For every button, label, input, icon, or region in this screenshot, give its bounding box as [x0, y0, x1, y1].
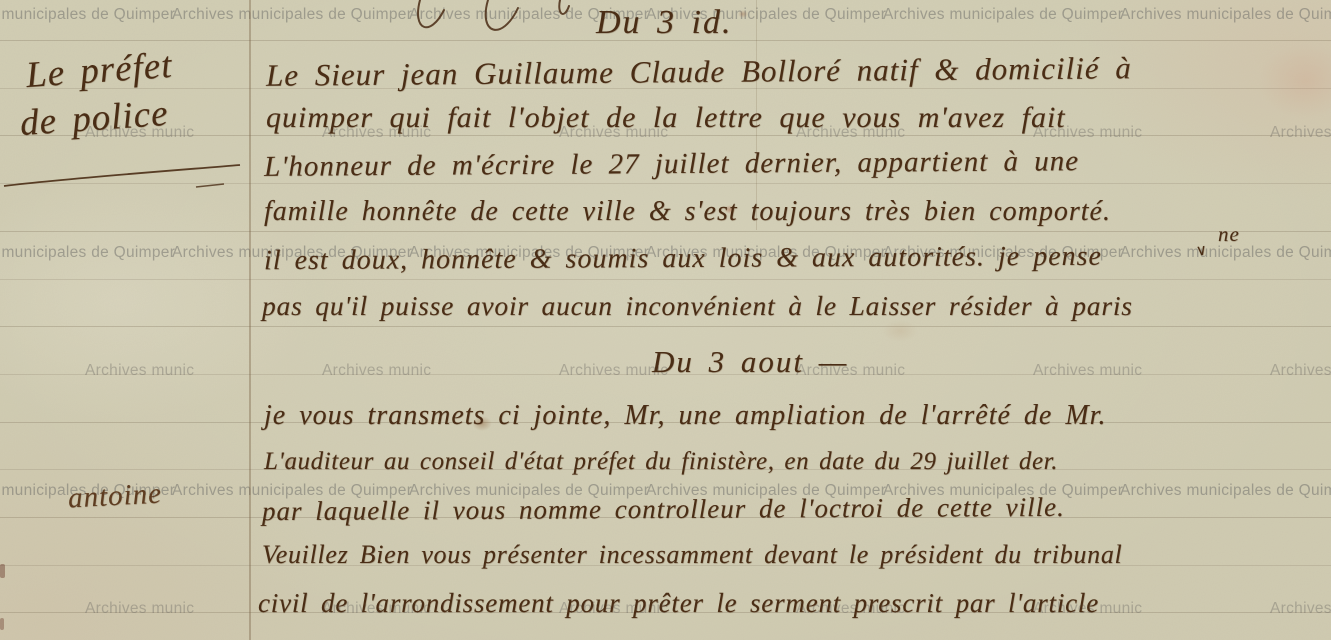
manuscript-line: L'auditeur au conseil d'état préfet du f… — [264, 448, 1058, 477]
ruled-line — [0, 326, 1331, 327]
paper-blemish — [1258, 44, 1331, 119]
ruled-line — [0, 279, 1331, 280]
ruled-line — [0, 183, 1331, 184]
watermark-text: Archives munic — [1270, 124, 1331, 142]
insertion-caret: ∨ — [1195, 241, 1209, 260]
watermark-text: Archives munic — [1270, 600, 1331, 618]
watermark-text: Archives munic — [85, 362, 194, 380]
fold-crease-line — [249, 0, 251, 640]
watermark-text: Archives munic — [1270, 362, 1331, 380]
manuscript-line: je vous transmets ci jointe, Mr, une amp… — [264, 400, 1106, 432]
watermark-text: Archives municipales de Quimper — [1120, 6, 1331, 24]
manuscript-line: quimper qui fait l'objet de la lettre qu… — [266, 101, 1066, 136]
manuscript-line: Le Sieur jean Guillaume Claude Bolloré n… — [266, 50, 1132, 93]
watermark-text: Archives municipales de Quimper — [172, 6, 412, 24]
manuscript-line: Veuillez Bien vous présenter incessammen… — [262, 540, 1122, 570]
margin-heading-line1: Le préfet — [25, 45, 174, 98]
watermark-text: Archives municipales de Quimper — [1120, 244, 1331, 262]
manuscript-line: civil de l'arrondissement pour prêter le… — [258, 588, 1099, 619]
watermark-text: Archives munic — [85, 600, 194, 618]
manuscript-line: il est doux, honnête & soumis aux lois &… — [264, 241, 1102, 278]
manuscript-line: pas qu'il puisse avoir aucun inconvénien… — [262, 290, 1133, 322]
entry-date-heading: Du 3 aout — — [652, 344, 848, 380]
ruled-line — [0, 231, 1331, 232]
manuscript-line: famille honnête de cette ville & s'est t… — [264, 196, 1111, 228]
page-edge-mark — [0, 618, 4, 630]
margin-note-antoine: antoine — [67, 478, 163, 516]
underline-flourish — [0, 140, 260, 210]
watermark-text: Archives munic — [322, 362, 431, 380]
watermark-text: Archives munic — [1033, 362, 1142, 380]
manuscript-line: par laquelle il vous nomme controlleur d… — [262, 492, 1065, 527]
watermark-text: Archives municipales de Quimper — [883, 6, 1123, 24]
watermark-text: Archives municipales de Quimper — [0, 6, 175, 24]
watermark-text: Archives municipales de Quimper — [0, 244, 175, 262]
watermark-text: Archives municipales de Quimper — [1120, 482, 1331, 500]
entry-date-heading: Du 3 id. — [596, 3, 733, 42]
page-edge-mark — [0, 564, 5, 578]
manuscript-scan-page: Archives municipales de QuimperArchives … — [0, 0, 1331, 640]
manuscript-line: L'honneur de m'écrire le 27 juillet dern… — [264, 145, 1079, 184]
paper-blemish — [882, 320, 918, 342]
interline-insertion: ne — [1218, 222, 1240, 246]
